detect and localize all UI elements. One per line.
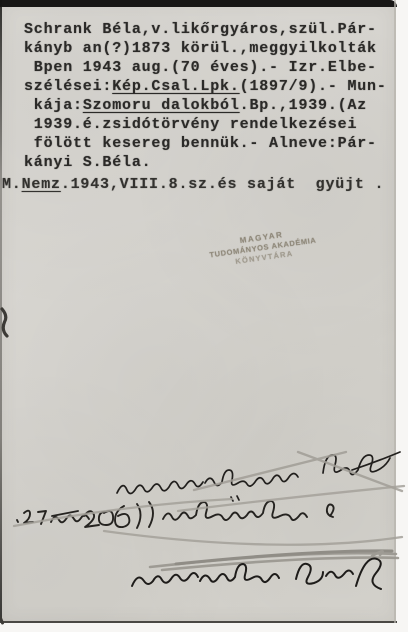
source-reference-line: M.Nemz.1943,VIII.8.sz.és saját gyüjt . (2, 176, 402, 193)
typed-line: 1939.é.zsidótörvény rendelkezései (24, 115, 396, 134)
card-top-edge (0, 0, 397, 7)
card-bottom-edge (0, 621, 397, 623)
typed-text-block: Schrank Béla,v.likőrgyáros,szül.Pár- kán… (24, 20, 396, 172)
typed-line: fölött kesereg bennük.- Alneve:Pár- (24, 134, 396, 153)
typed-line: Schrank Béla,v.likőrgyáros,szül.Pár- (24, 20, 396, 39)
typed-line: Bpen 1943 aug.(70 éves).- Izr.Elbe- (24, 58, 396, 77)
typed-line: szélései:Kép.Csal.Lpk.(1897/9).- Mun- (24, 77, 396, 96)
scanned-card-page: Schrank Béla,v.likőrgyáros,szül.Pár- kán… (0, 0, 408, 632)
typed-line: kája:Szomoru dalokból.Bp.,1939.(Az (24, 96, 396, 115)
typed-line: kányb an(?)1873 körül.,meggyilkolták (24, 39, 396, 58)
typed-line: kányi S.Béla. (24, 153, 396, 172)
card-left-edge (0, 0, 2, 623)
